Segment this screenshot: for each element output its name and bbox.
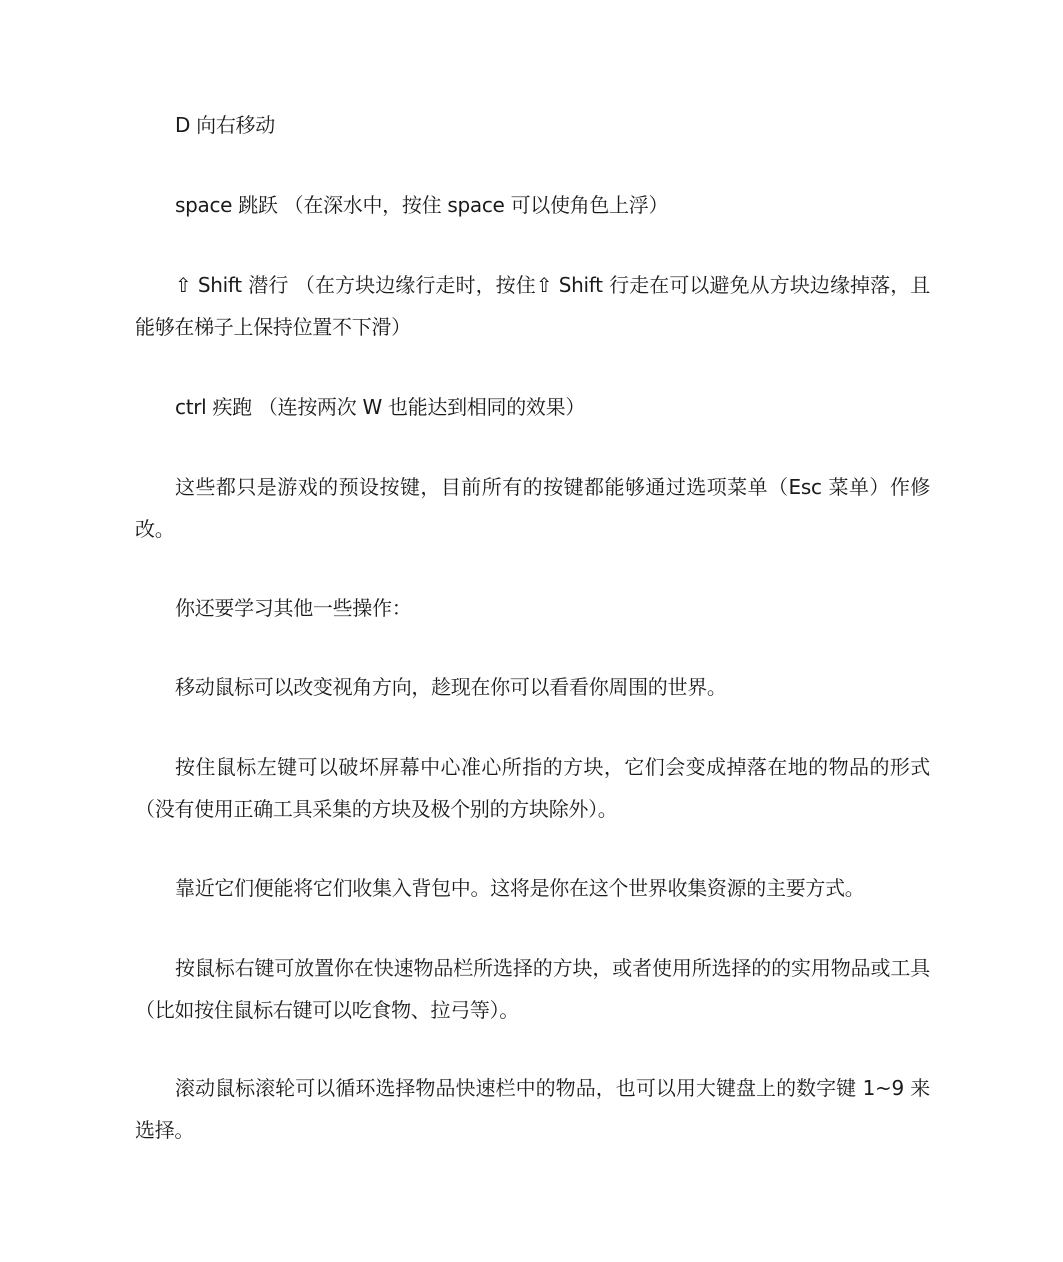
paragraph-right-click: 按鼠标右键可放置你在快速物品栏所选择的方块，或者使用所选择的的实用物品或工具（比… [135,947,930,1031]
paragraph-left-click: 按住鼠标左键可以破坏屏幕中心准心所指的方块，它们会变成掉落在地的物品的形式（没有… [135,746,930,830]
paragraph-key-ctrl: ctrl 疾跑 （连按两次 W 也能达到相同的效果） [135,386,930,428]
paragraph-default-keys-note: 这些都只是游戏的预设按键，目前所有的按键都能够通过选项菜单（Esc 菜单）作修改… [135,466,930,550]
paragraph-other-operations: 你还要学习其他一些操作： [135,587,930,629]
paragraph-scroll-wheel: 滚动鼠标滚轮可以循环选择物品快速栏中的物品，也可以用大键盘上的数字键 1~9 来… [135,1067,930,1151]
paragraph-mouse-move: 移动鼠标可以改变视角方向，趁现在你可以看看你周围的世界。 [135,666,930,708]
paragraph-collect-items: 靠近它们便能将它们收集入背包中。这将是你在这个世界收集资源的主要方式。 [135,867,930,909]
paragraph-key-space: space 跳跃 （在深水中，按住 space 可以使角色上浮） [135,184,930,226]
paragraph-key-shift: ⇧ Shift 潜行 （在方块边缘行走时，按住⇧ Shift 行走在可以避免从方… [135,264,930,348]
paragraph-key-d: D 向右移动 [135,104,930,146]
